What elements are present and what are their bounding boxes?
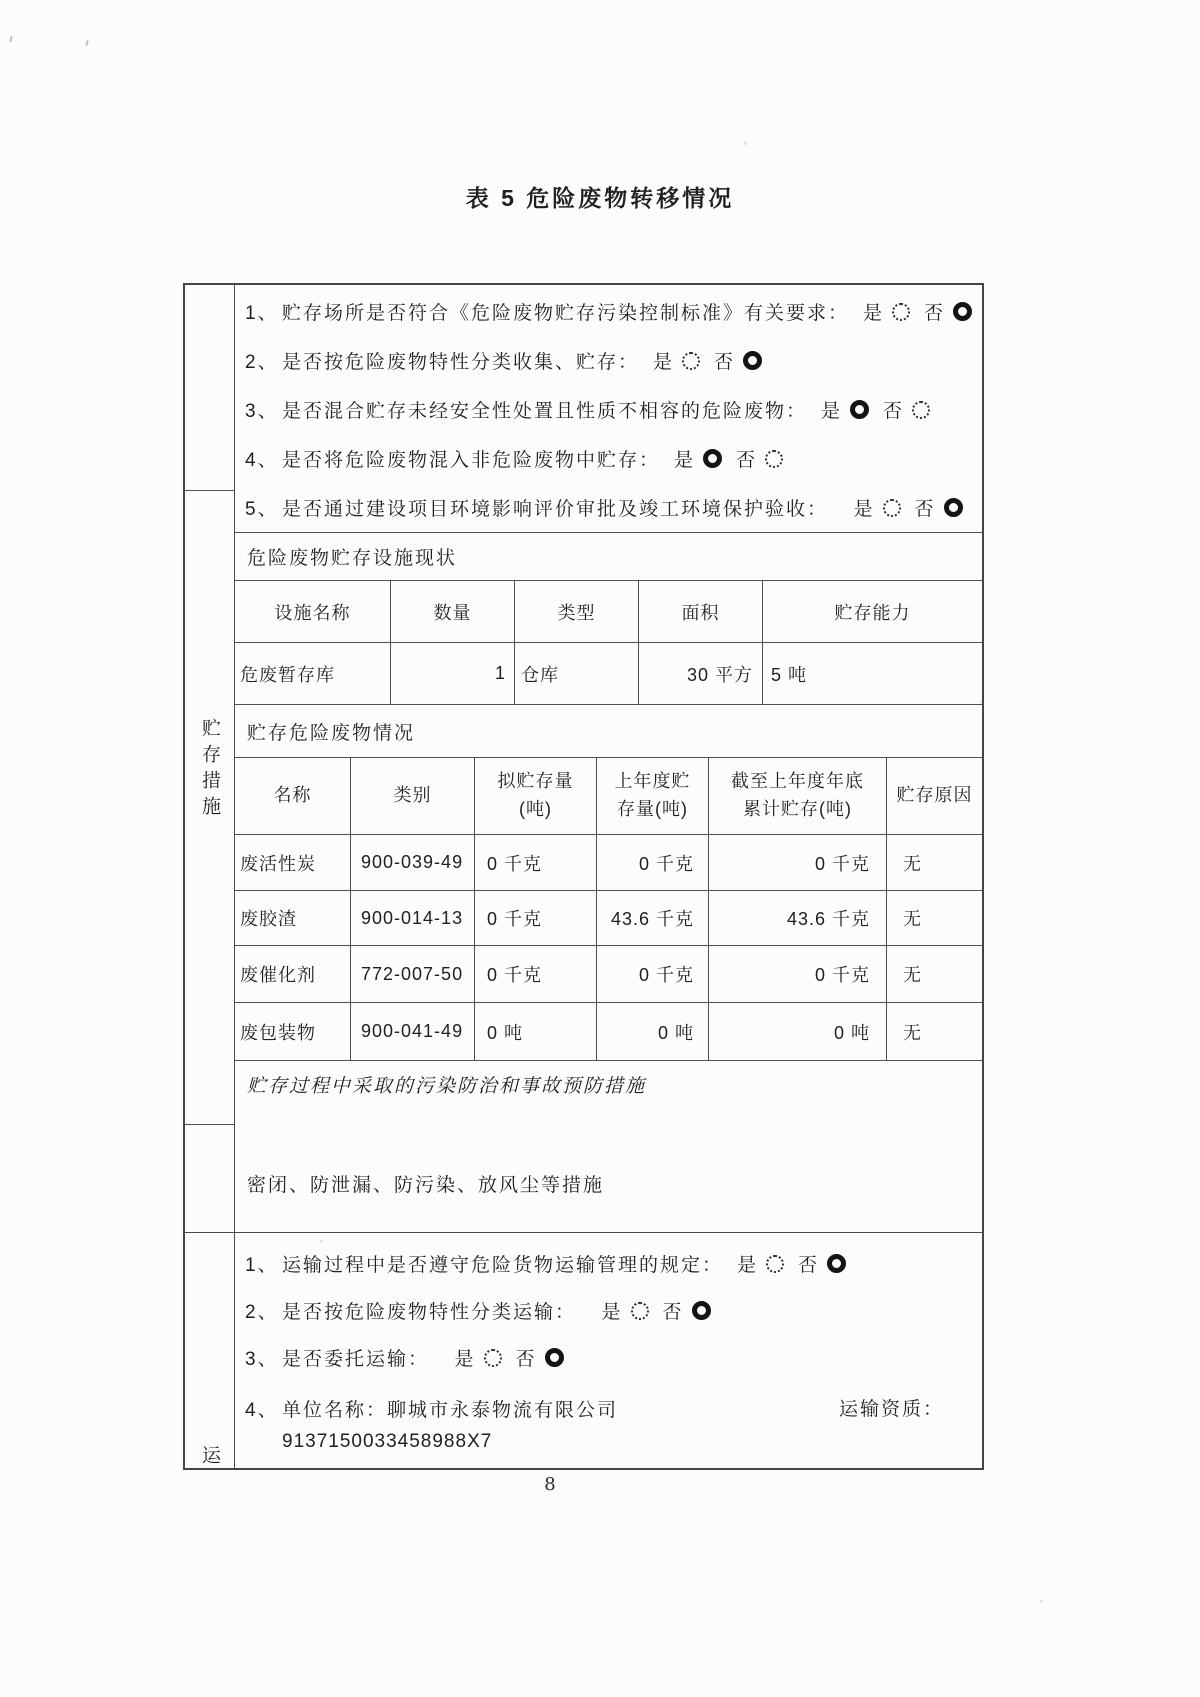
yes-label: 是 xyxy=(854,494,875,521)
last-year-storage-cell: 0 千克 xyxy=(596,946,708,1002)
question-number: 1、 xyxy=(245,298,282,325)
question-text: 是否通过建设项目环境影响评价审批及竣工环境保护验收： xyxy=(282,494,840,521)
column-header: 数量 xyxy=(390,581,514,642)
facility-capacity-cell: 5 吨 xyxy=(762,643,982,704)
waste-table-row: 废催化剂 772-007-50 0 千克 0 千克 0 千克 无 xyxy=(235,945,982,1002)
sidebar-label-storage-measures: 贮存措施 xyxy=(185,718,234,822)
transport-company-row: 4、 单位名称： 聊城市永泰物流有限公司 运输资质： xyxy=(235,1390,982,1426)
page-title: 表 5 危险废物转移情况 xyxy=(0,180,1200,213)
header-line: 拟贮存量 xyxy=(498,768,574,796)
question-text: 是否按危险废物特性分类运输： xyxy=(282,1297,588,1324)
question-number: 1、 xyxy=(245,1250,282,1277)
radio-yes-icon xyxy=(682,352,700,370)
header-line: (吨) xyxy=(519,796,552,824)
question-row: 5、 是否通过建设项目环境影响评价审批及竣工环境保护验收： 是 否 xyxy=(235,483,982,532)
radio-yes-icon xyxy=(883,499,901,517)
scanned-document-page: 表 5 危险废物转移情况 贮存措施 运输 1、 贮存场所是否符合《危险废物贮存污… xyxy=(0,0,1200,1697)
question-row: 1、 运输过程中是否遵守危险货物运输管理的规定： 是 否 xyxy=(235,1240,982,1287)
sidebar-column: 贮存措施 运输 xyxy=(185,285,235,1468)
header-line: 存量(吨) xyxy=(617,796,688,824)
prevention-measures-block: 贮存过程中采取的污染防治和事故预防措施 密闭、防泄漏、防污染、放风尘等措施 xyxy=(235,1060,982,1234)
planned-storage-cell: 0 千克 xyxy=(474,891,596,945)
waste-table-row: 废活性炭 900-039-49 0 千克 0 千克 0 千克 无 xyxy=(235,834,982,890)
planned-storage-cell: 0 千克 xyxy=(474,835,596,890)
waste-name-cell: 废催化剂 xyxy=(235,946,350,1002)
question-text: 运输过程中是否遵守危险货物运输管理的规定： xyxy=(282,1250,723,1277)
facility-area-cell: 30 平方 xyxy=(638,643,762,704)
column-header: 拟贮存量 (吨) xyxy=(474,758,596,834)
question-row: 4、 是否将危险废物混入非危险废物中贮存： 是 否 xyxy=(235,434,982,483)
column-header: 面积 xyxy=(638,581,762,642)
hazardous-waste-transfer-table: 贮存措施 运输 1、 贮存场所是否符合《危险废物贮存污染控制标准》有关要求： 是… xyxy=(183,283,984,1470)
no-label: 否 xyxy=(924,298,945,325)
prevention-measures-title: 贮存过程中采取的污染防治和事故预防措施 xyxy=(247,1071,970,1098)
waste-name-cell: 废包装物 xyxy=(235,1003,350,1060)
storage-questions-block: 1、 贮存场所是否符合《危险废物贮存污染控制标准》有关要求： 是 否 2、 是否… xyxy=(235,285,982,532)
storage-reason-cell: 无 xyxy=(886,835,982,890)
radio-no-icon xyxy=(743,351,762,370)
question-row: 2、 是否按危险废物特性分类收集、贮存： 是 否 xyxy=(235,336,982,385)
credit-code: 9137150033458988X7 xyxy=(282,1431,492,1453)
yes-label: 是 xyxy=(602,1297,623,1324)
column-header: 贮存能力 xyxy=(762,581,982,642)
question-row: 2、 是否按危险废物特性分类运输： 是 否 xyxy=(235,1287,982,1334)
radio-no-icon xyxy=(944,498,963,517)
radio-no-icon xyxy=(953,302,972,321)
waste-table-row: 废胶渣 900-014-13 0 千克 43.6 千克 43.6 千克 无 xyxy=(235,890,982,945)
waste-category-cell: 900-014-13 xyxy=(350,891,474,945)
header-line: 名称 xyxy=(274,782,312,810)
facility-type-cell: 仓库 xyxy=(514,643,638,704)
waste-category-cell: 900-041-49 xyxy=(350,1003,474,1060)
sidebar-label-text: 运输 xyxy=(196,1445,223,1470)
radio-yes-icon xyxy=(766,1255,784,1273)
question-number: 5、 xyxy=(245,494,282,521)
waste-table-row: 废包装物 900-041-49 0 吨 0 吨 0 吨 无 xyxy=(235,1002,982,1060)
stored-waste-section-title: 贮存危险废物情况 xyxy=(235,704,982,757)
no-label: 否 xyxy=(798,1250,819,1277)
question-text: 是否按危险废物特性分类收集、贮存： xyxy=(282,347,639,374)
last-year-storage-cell: 0 吨 xyxy=(596,1003,708,1060)
transport-questions-block: 1、 运输过程中是否遵守危险货物运输管理的规定： 是 否 2、 是否按危险废物特… xyxy=(235,1234,982,1470)
header-line: 贮存原因 xyxy=(897,782,973,810)
waste-table-header: 名称 类别 拟贮存量 (吨) 上年度贮 存量(吨) 截至上年度年底 累计贮存(吨… xyxy=(235,757,982,834)
transport-qualification-label: 运输资质： xyxy=(839,1394,944,1421)
yes-label: 是 xyxy=(737,1250,758,1277)
no-label: 否 xyxy=(516,1344,537,1371)
no-label: 否 xyxy=(736,445,757,472)
header-line: 类别 xyxy=(394,782,432,810)
facility-table-header: 设施名称 数量 类型 面积 贮存能力 xyxy=(235,580,982,642)
question-row: 3、 是否委托运输： 是 否 xyxy=(235,1334,982,1381)
planned-storage-cell: 0 吨 xyxy=(474,1003,596,1060)
waste-name-cell: 废活性炭 xyxy=(235,835,350,890)
question-text: 是否混合贮存未经安全性处置且性质不相容的危险废物： xyxy=(282,396,807,423)
storage-reason-cell: 无 xyxy=(886,891,982,945)
yes-label: 是 xyxy=(821,396,842,423)
facility-status-section-title: 危险废物贮存设施现状 xyxy=(235,532,982,580)
waste-category-cell: 900-039-49 xyxy=(350,835,474,890)
column-header: 截至上年度年底 累计贮存(吨) xyxy=(708,758,886,834)
question-number: 4、 xyxy=(245,1395,282,1422)
sidebar-label-transport: 运输 xyxy=(185,1445,234,1470)
no-label: 否 xyxy=(714,347,735,374)
scan-speck xyxy=(9,36,12,42)
no-label: 否 xyxy=(915,494,936,521)
no-label: 否 xyxy=(883,396,904,423)
sidebar-divider xyxy=(185,490,234,491)
section-divider xyxy=(185,1232,982,1233)
question-number: 2、 xyxy=(245,1297,282,1324)
question-number: 3、 xyxy=(245,1344,282,1371)
radio-no-icon xyxy=(545,1348,564,1367)
radio-yes-icon xyxy=(631,1302,649,1320)
radio-no-icon xyxy=(765,450,783,468)
column-header: 贮存原因 xyxy=(886,758,982,834)
cumulative-storage-cell: 0 千克 xyxy=(708,946,886,1002)
last-year-storage-cell: 0 千克 xyxy=(596,835,708,890)
sidebar-label-text: 贮存措施 xyxy=(196,718,223,822)
column-header: 设施名称 xyxy=(235,581,390,642)
question-text: 是否将危险废物混入非危险废物中贮存： xyxy=(282,445,660,472)
question-row: 3、 是否混合贮存未经安全性处置且性质不相容的危险废物： 是 否 xyxy=(235,385,982,434)
column-header: 类别 xyxy=(350,758,474,834)
cumulative-storage-cell: 0 千克 xyxy=(708,835,886,890)
radio-yes-icon xyxy=(703,449,722,468)
company-label: 单位名称： xyxy=(282,1395,387,1422)
facility-table-row: 危废暂存库 1 仓库 30 平方 5 吨 xyxy=(235,642,982,704)
cumulative-storage-cell: 0 吨 xyxy=(708,1003,886,1060)
header-line: 截至上年度年底 xyxy=(731,768,864,796)
storage-reason-cell: 无 xyxy=(886,1003,982,1060)
last-year-storage-cell: 43.6 千克 xyxy=(596,891,708,945)
radio-yes-icon xyxy=(484,1349,502,1367)
yes-label: 是 xyxy=(455,1344,476,1371)
yes-label: 是 xyxy=(653,347,674,374)
column-header: 上年度贮 存量(吨) xyxy=(596,758,708,834)
cumulative-storage-cell: 43.6 千克 xyxy=(708,891,886,945)
credit-code-row: 9137150033458988X7 xyxy=(235,1426,982,1458)
no-label: 否 xyxy=(663,1297,684,1324)
page-number: 8 xyxy=(520,1474,580,1495)
facility-name-cell: 危废暂存库 xyxy=(235,643,390,704)
prevention-measures-content: 密闭、防泄漏、防污染、放风尘等措施 xyxy=(247,1170,970,1197)
scan-speck xyxy=(1040,1600,1043,1603)
question-number: 4、 xyxy=(245,445,282,472)
question-row: 1、 贮存场所是否符合《危险废物贮存污染控制标准》有关要求： 是 否 xyxy=(235,287,982,336)
question-text: 是否委托运输： xyxy=(282,1344,441,1371)
radio-yes-icon xyxy=(850,400,869,419)
column-header: 类型 xyxy=(514,581,638,642)
header-line: 上年度贮 xyxy=(615,768,691,796)
storage-reason-cell: 无 xyxy=(886,946,982,1002)
column-header: 名称 xyxy=(235,758,350,834)
radio-no-icon xyxy=(827,1254,846,1273)
question-text: 贮存场所是否符合《危险废物贮存污染控制标准》有关要求： xyxy=(282,298,849,325)
waste-category-cell: 772-007-50 xyxy=(350,946,474,1002)
question-number: 2、 xyxy=(245,347,282,374)
company-name: 聊城市永泰物流有限公司 xyxy=(387,1395,618,1422)
scan-speck xyxy=(744,142,747,145)
radio-yes-icon xyxy=(892,303,910,321)
scan-speck xyxy=(85,40,89,46)
yes-label: 是 xyxy=(863,298,884,325)
radio-no-icon xyxy=(912,401,930,419)
yes-label: 是 xyxy=(674,445,695,472)
question-number: 3、 xyxy=(245,396,282,423)
radio-no-icon xyxy=(692,1301,711,1320)
sidebar-divider xyxy=(185,1124,234,1125)
facility-quantity-cell: 1 xyxy=(390,643,514,704)
planned-storage-cell: 0 千克 xyxy=(474,946,596,1002)
header-line: 累计贮存(吨) xyxy=(743,796,852,824)
waste-name-cell: 废胶渣 xyxy=(235,891,350,945)
